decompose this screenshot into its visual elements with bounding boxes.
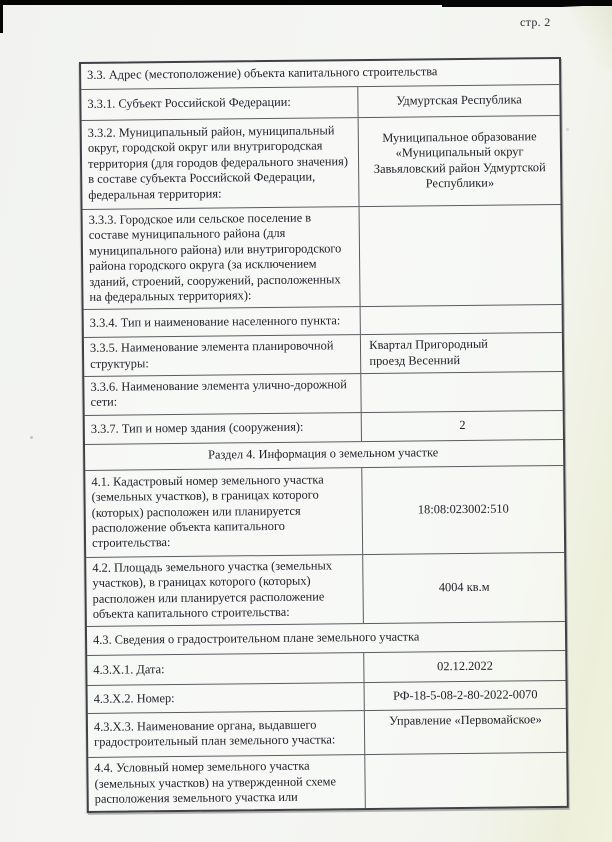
field-value: Муниципальное образование «Муниципальный… <box>373 129 546 192</box>
doc-table: 3.3. Адрес (местоположение) объекта капи… <box>79 57 569 813</box>
field-label: 3.3.3. Городское или сельское поселение … <box>89 210 352 305</box>
field-value-cell: Удмуртская Республика <box>358 85 560 117</box>
field-value-cell <box>359 205 562 306</box>
field-label-cell: 4.1. Кадастровый номер земельного участк… <box>85 468 362 557</box>
table-row: 4.2. Площадь земельного участка (земельн… <box>86 552 565 627</box>
field-value: Квартал Пригородный проезд Весенний <box>369 337 488 369</box>
field-value-cell: РФ-18-5-08-2-80-2022-0070 <box>364 681 566 710</box>
field-label: 4.2. Площадь земельного участка (земельн… <box>92 558 355 622</box>
field-value: Удмуртская Республика <box>396 92 522 109</box>
field-label: 4.4. Условный номер земельного участка (… <box>94 758 357 807</box>
table-row: 3.3.1. Субъект Российской Федерации:Удму… <box>81 84 559 120</box>
field-value-cell: 4004 кв.м <box>362 553 564 624</box>
field-label-cell: 4.3.Х.1. Дата: <box>87 653 364 685</box>
table-row: 4.3.Х.1. Дата:02.12.2022 <box>87 650 565 685</box>
field-label-cell: 3.3.1. Субъект Российской Федерации: <box>81 87 358 120</box>
field-label-cell: 4.4. Условный номер земельного участка (… <box>88 755 365 811</box>
field-value-cell <box>360 305 562 334</box>
field-value-cell: 2 <box>361 411 563 441</box>
field-label-cell: 3.3.4. Тип и наименование населенного пу… <box>84 307 361 337</box>
field-value-cell: Квартал Пригородный проезд Весенний <box>360 333 562 373</box>
field-label: 3.3.2. Муниципальный район, муниципальны… <box>88 123 351 203</box>
field-label: 3.3.4. Тип и наименование населенного пу… <box>90 313 341 331</box>
table-row: 4.4. Условный номер земельного участка (… <box>88 752 567 811</box>
field-label: 3.3.1. Субъект Российской Федерации: <box>87 95 291 113</box>
field-value-cell <box>365 753 567 808</box>
field-label-cell: 3.3.5. Наименование элемента планировочн… <box>84 335 361 376</box>
field-label: 4.3.Х.3. Наименование органа, выдавшего … <box>94 717 357 750</box>
section-header: Раздел 4. Информация о земельном участке <box>208 445 438 463</box>
table-row: 3.3.3. Городское или сельское поселение … <box>83 204 562 309</box>
table-row: 4.3. Сведения о градостроительном плане … <box>87 621 565 655</box>
field-value: 2 <box>459 418 465 433</box>
scan-edge-left <box>0 0 3 33</box>
table-row: 3.3. Адрес (местоположение) объекта капи… <box>81 59 559 89</box>
field-label: 3.3.7. Тип и номер здания (сооружения): <box>91 419 304 437</box>
field-value-cell: Управление «Первомайское» <box>364 709 566 754</box>
scanned-page: стр. 2 3.3. Адрес (местоположение) объек… <box>0 0 612 842</box>
scan-corner-shade <box>558 6 612 70</box>
table-row: 4.1. Кадастровый номер земельного участк… <box>85 465 564 557</box>
page-number: стр. 2 <box>520 15 551 30</box>
field-label-cell: 3.3.2. Муниципальный район, муниципальны… <box>82 118 359 209</box>
section-header-cell: 4.3. Сведения о градостроительном плане … <box>87 622 565 655</box>
field-label-cell: 3.3.3. Городское или сельское поселение … <box>83 207 360 309</box>
field-value: Управление «Первомайское» <box>389 712 542 729</box>
field-value: РФ-18-5-08-2-80-2022-0070 <box>393 687 538 704</box>
field-label-cell: 3.3.7. Тип и номер здания (сооружения): <box>85 413 362 444</box>
section-header-cell: 3.3. Адрес (местоположение) объекта капи… <box>81 59 559 89</box>
scan-speck <box>566 128 569 131</box>
field-value: 18:08:023002:510 <box>418 501 509 517</box>
table-row: Раздел 4. Информация о земельном участке <box>85 439 563 470</box>
table-row: 3.3.4. Тип и наименование населенного пу… <box>84 304 562 337</box>
field-label: 3.3.5. Наименование элемента планировочн… <box>90 338 353 371</box>
field-label-cell: 3.3.6. Наименование элемента улично-доро… <box>84 374 361 415</box>
field-label-cell: 4.2. Площадь земельного участка (земельн… <box>86 555 363 626</box>
field-value: 4004 кв.м <box>439 580 490 596</box>
scan-speck <box>30 436 33 439</box>
field-label: 3.3.6. Наименование элемента улично-доро… <box>90 377 353 410</box>
table-row: 3.3.6. Наименование элемента улично-доро… <box>84 371 562 415</box>
field-value-cell <box>361 372 563 412</box>
section-header-cell: Раздел 4. Информация о земельном участке <box>85 440 563 470</box>
field-value-cell: 18:08:023002:510 <box>362 466 565 554</box>
table-row: 4.3.Х.2. Номер:РФ-18-5-08-2-80-2022-0070 <box>88 680 566 713</box>
table-row: 3.3.5. Наименование элемента планировочн… <box>84 332 562 376</box>
field-label: 4.3.Х.2. Номер: <box>94 691 175 707</box>
field-value-cell: 02.12.2022 <box>363 651 565 682</box>
field-value-cell: Муниципальное образование «Муниципальный… <box>358 116 561 206</box>
field-label-cell: 4.3.Х.3. Наименование органа, выдавшего … <box>88 711 365 757</box>
field-label: 4.1. Кадастровый номер земельного участк… <box>91 472 354 552</box>
table-row: 4.3.Х.3. Наименование органа, выдавшего … <box>88 708 566 757</box>
field-value: 02.12.2022 <box>437 658 493 674</box>
field-label: 4.3.Х.1. Дата: <box>93 662 164 678</box>
field-label-cell: 4.3.Х.2. Номер: <box>88 683 365 713</box>
table-row: 3.3.7. Тип и номер здания (сооружения):2 <box>85 410 563 444</box>
table-row: 3.3.2. Муниципальный район, муниципальны… <box>82 115 561 209</box>
section-header: 3.3. Адрес (местоположение) объекта капи… <box>87 65 437 84</box>
section-header: 4.3. Сведения о градостроительном плане … <box>93 630 419 649</box>
